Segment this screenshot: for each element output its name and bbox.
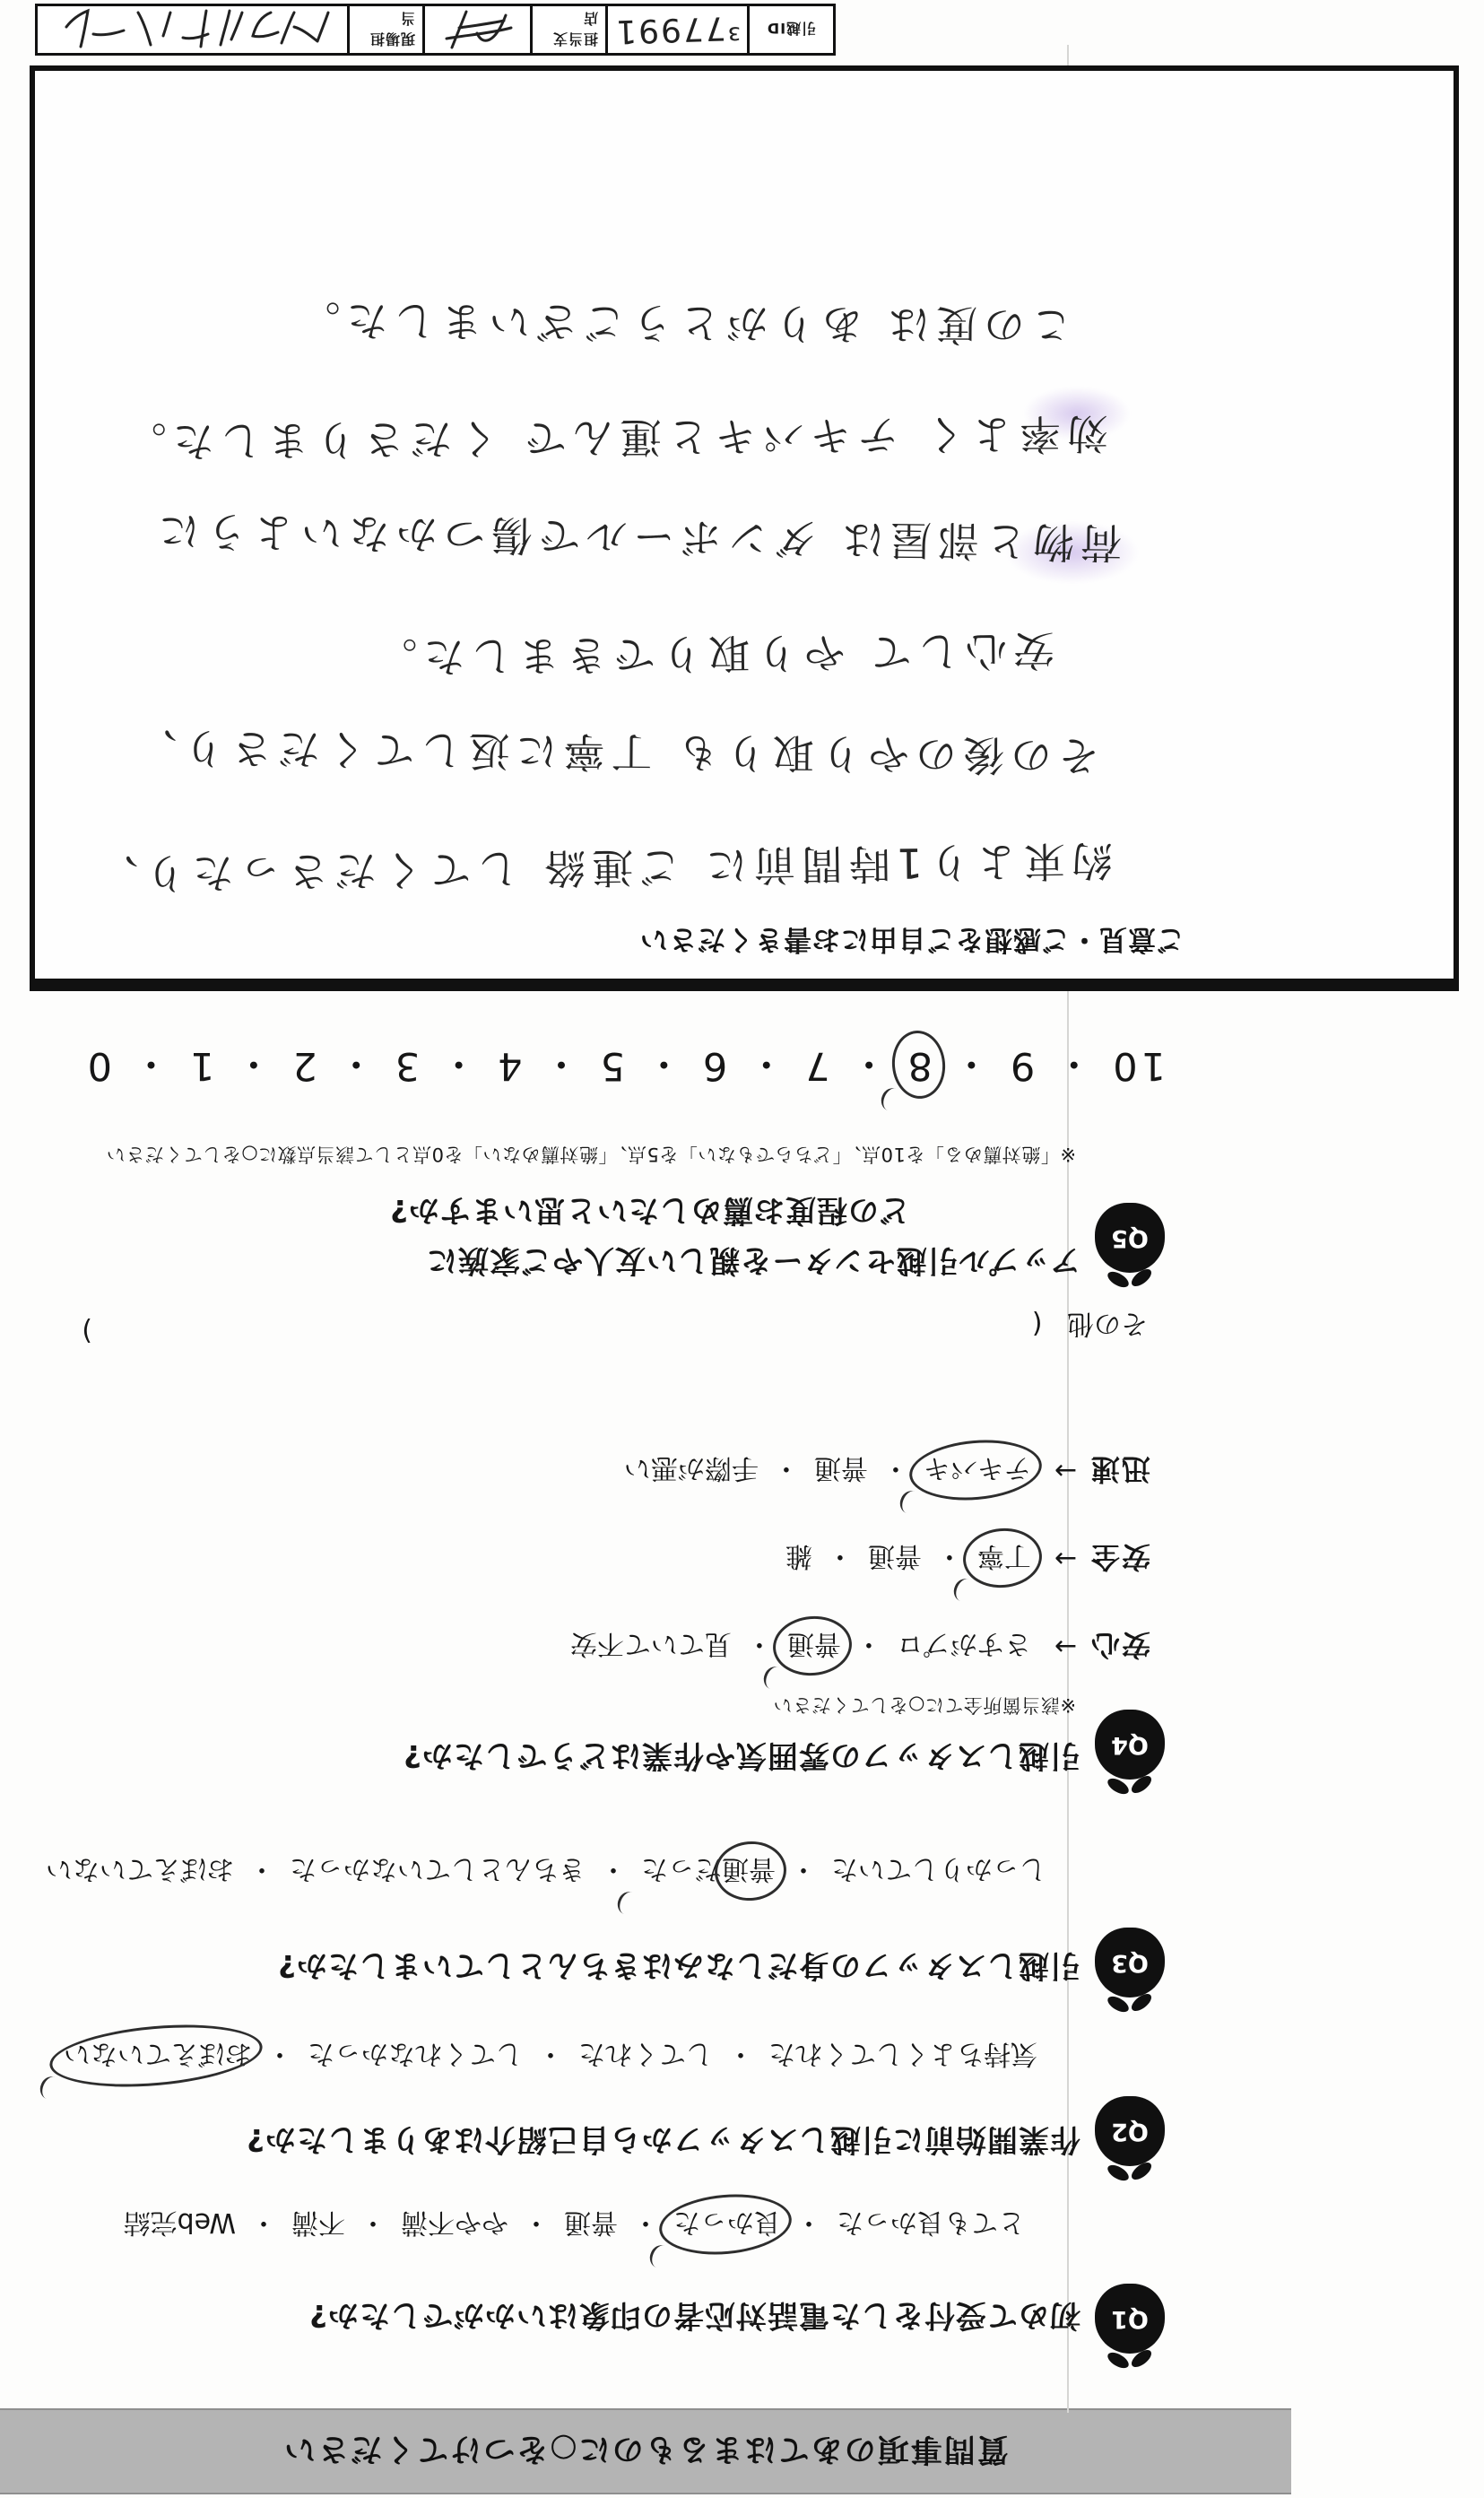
- option-circled: 普通だった: [641, 1852, 776, 1892]
- option-separator: ・: [641, 1039, 683, 1093]
- survey-page-rotated-180: 質問事項のあてはまるものに○をつけてください Q1 初めて受付をした電話対応者の…: [0, 0, 1484, 2498]
- q3-options: しっかりしていた・普通だった・きちんとしていなかった・おぼえていない: [46, 1852, 1046, 1892]
- option-separator: ・: [743, 1039, 785, 1093]
- q5-badge: Q5: [1092, 1196, 1167, 1289]
- option-separator: ・: [790, 1852, 817, 1892]
- q4-other-label: その他: [1067, 1308, 1148, 1339]
- q4-row-anshin: 安心 → さすがプロ・普通・見ていて不安: [570, 1626, 1150, 1667]
- option-separator: ・: [537, 2037, 564, 2076]
- branch-label-cell: 担当支店: [530, 6, 605, 53]
- option-circled: テキパキ: [924, 1451, 1031, 1491]
- q4-row-label: 安全: [1089, 1538, 1150, 1580]
- option-separator: ・: [266, 2037, 293, 2076]
- option: 普通: [814, 1451, 868, 1491]
- comment-box: ご意見・ご感想をご自由にお書きください 約束より1時間前に ご連絡 してくださっ…: [30, 65, 1459, 991]
- q1-title: 初めて受付をした電話対応者の印象はいかがでしたか?: [308, 2296, 1080, 2340]
- q5-score-scale: 10・9・8・7・6・5・4・3・2・1・0: [84, 1039, 1166, 1093]
- option-circled: 8: [905, 1044, 933, 1089]
- instruction-bar: 質問事項のあてはまるものに○をつけてください: [0, 2408, 1291, 2494]
- option: 普通: [868, 1539, 922, 1579]
- option: 0: [84, 1044, 112, 1089]
- option-separator: ・: [1051, 1039, 1093, 1093]
- q4-row-label: 安心: [1089, 1626, 1150, 1667]
- handwritten-line: 安心して やり取りできました。: [369, 623, 1054, 690]
- q4-other-row: その他 (: [1032, 1307, 1148, 1346]
- instruction-text: 質問事項のあてはまるものに○をつけてください: [282, 2429, 1009, 2474]
- q4-other-close-paren: ): [82, 1315, 92, 1346]
- moving-id-label: 引越ID: [759, 20, 823, 40]
- option: 1: [187, 1044, 214, 1089]
- option-separator: ・: [600, 1852, 627, 1892]
- option-separator: ・: [936, 1539, 963, 1579]
- option: 10: [1109, 1044, 1166, 1089]
- option-separator: ・: [360, 2206, 386, 2245]
- option: 気持ちよくしてくれた: [768, 2037, 1037, 2076]
- q1-options: とても良かった・良かった・普通・やや不満・不満・Web完結: [124, 2206, 1025, 2245]
- moving-id-handwritten-value: ³77991: [613, 9, 741, 50]
- arrow-right-icon: →: [1054, 1632, 1077, 1663]
- option: 2: [289, 1044, 317, 1089]
- option: やや不満: [401, 2206, 508, 2245]
- option: おぼえていない: [46, 1852, 234, 1892]
- option: 雑: [785, 1539, 812, 1579]
- option: 7: [802, 1044, 829, 1089]
- q3-title: 引越しスタッフの身だしなみはきちんとしていましたか?: [277, 1946, 1080, 1990]
- option: しっかりしていた: [831, 1852, 1046, 1892]
- arrow-right-icon: →: [1054, 1456, 1077, 1487]
- q1-badge: Q1: [1092, 2276, 1167, 2370]
- option: 普通: [564, 2206, 618, 2245]
- q4-row-anzen: 安全 → 丁寧・普通・雑: [785, 1538, 1150, 1580]
- option-separator: ・: [727, 2037, 754, 2076]
- option-circled: 丁寧: [977, 1539, 1031, 1579]
- staff-label: 現場担当: [350, 9, 422, 50]
- moving-id-value-cell: ³77991: [605, 6, 747, 53]
- option: してくれた: [578, 2037, 713, 2076]
- option-separator: ・: [128, 1039, 170, 1093]
- q2-badge-label: Q2: [1095, 2096, 1165, 2166]
- option-circled: 良かった: [673, 2206, 781, 2245]
- q5-title-line2: どの程度お薦めしたいと思いますか?: [389, 1191, 910, 1235]
- handwritten-line: 約束より1時間前に ご連絡 してくださったり、: [91, 833, 1113, 907]
- option-separator: ・: [632, 2206, 659, 2245]
- scanned-survey-sheet: 質問事項のあてはまるものに○をつけてください Q1 初めて受付をした電話対応者の…: [0, 0, 1484, 2498]
- option: 見ていて不安: [570, 1627, 732, 1667]
- option-separator: ・: [538, 1039, 580, 1093]
- q2-title: 作業開始前に引越しスタッフから自己紹介はありましたか?: [246, 2120, 1080, 2164]
- handwritten-line: 荷物と部屋は ダンボールで傷つかないように: [152, 504, 1123, 575]
- comment-box-heading: ご意見・ご感想をご自由にお書きください: [639, 922, 1185, 962]
- option: 6: [699, 1044, 727, 1089]
- handwritten-line: その後のやり取りも 丁寧に返してくださり、: [129, 721, 1099, 788]
- q4-other-open-paren: (: [1032, 1308, 1043, 1339]
- q2-options: 気持ちよくしてくれた・してくれた・してくれなかった・おぼえていない: [64, 2037, 1037, 2076]
- footer-id-table: 引越ID ³77991 担当支店 現場担当: [35, 4, 836, 56]
- option-separator: ・: [248, 1852, 275, 1892]
- staff-label-cell: 現場担当: [347, 6, 422, 53]
- option-separator: ・: [773, 1451, 800, 1491]
- q5-badge-label: Q5: [1095, 1203, 1165, 1273]
- option-separator: ・: [436, 1039, 478, 1093]
- handwritten-line: 効率よく テキパキと運んで くださりました。: [119, 406, 1109, 474]
- q2-badge: Q2: [1092, 2089, 1167, 2182]
- q4-badge-label: Q4: [1095, 1710, 1165, 1780]
- q3-badge-label: Q3: [1095, 1928, 1165, 1998]
- option-separator: ・: [523, 2206, 550, 2245]
- q4-note: ※該当箇所全てに○をしてください: [773, 1693, 1076, 1719]
- option-separator: ・: [230, 1039, 273, 1093]
- q5-note: ※「絶対薦める」を10点、「どちらでもない」を5点、「絶対薦めない」を0点として…: [106, 1142, 1076, 1169]
- branch-signature-cell: [422, 6, 530, 53]
- moving-id-label-cell: 引越ID: [747, 6, 833, 53]
- option-separator: ・: [746, 1627, 773, 1667]
- q4-row-options: 丁寧・普通・雑: [785, 1539, 1031, 1579]
- q4-row-options: テキパキ・普通・手際が悪い: [624, 1451, 1031, 1491]
- q1-badge-label: Q1: [1095, 2284, 1165, 2354]
- staff-name-handwritten-scribble: [49, 7, 336, 52]
- q4-row-label: 迅速: [1089, 1450, 1150, 1492]
- option: 4: [494, 1044, 522, 1089]
- option: Web完結: [124, 2206, 236, 2245]
- option: 3: [392, 1044, 420, 1089]
- option-separator: ・: [882, 1451, 909, 1491]
- staff-name-cell: [38, 6, 347, 53]
- option: きちんとしていなかった: [290, 1852, 586, 1892]
- q4-badge: Q4: [1092, 1702, 1167, 1796]
- option: とても良かった: [837, 2206, 1025, 2245]
- option: 9: [1007, 1044, 1035, 1089]
- arrow-right-icon: →: [1054, 1544, 1077, 1575]
- q3-badge: Q3: [1092, 1920, 1167, 2014]
- q4-title: 引越しスタッフの雰囲気や作業はどうでしたか?: [403, 1736, 1080, 1780]
- branch-signature-scribble: [433, 8, 523, 51]
- q4-row-jinsoku: 迅速 → テキパキ・普通・手際が悪い: [624, 1450, 1150, 1492]
- option-circled: 普通: [787, 1627, 841, 1667]
- q4-row-options: さすがプロ・普通・見ていて不安: [570, 1627, 1031, 1667]
- option: 5: [596, 1044, 624, 1089]
- option-circled: おぼえていない: [64, 2037, 252, 2076]
- option-separator: ・: [855, 1627, 882, 1667]
- option-separator: ・: [827, 1539, 854, 1579]
- option: さすがプロ: [897, 1627, 1031, 1667]
- option-separator: ・: [846, 1039, 889, 1093]
- option-separator: ・: [949, 1039, 991, 1093]
- branch-label: 担当支店: [533, 9, 605, 50]
- handwritten-line: この度は ありがとうございました。: [292, 293, 1072, 358]
- option: 不満: [291, 2206, 345, 2245]
- option-separator: ・: [250, 2206, 277, 2245]
- option: 手際が悪い: [624, 1451, 759, 1491]
- option: してくれなかった: [308, 2037, 523, 2076]
- q5-title-line1: アップル引越センターを親しい友人やご家族に: [426, 1241, 1080, 1285]
- option-separator: ・: [795, 2206, 822, 2245]
- option-separator: ・: [334, 1039, 376, 1093]
